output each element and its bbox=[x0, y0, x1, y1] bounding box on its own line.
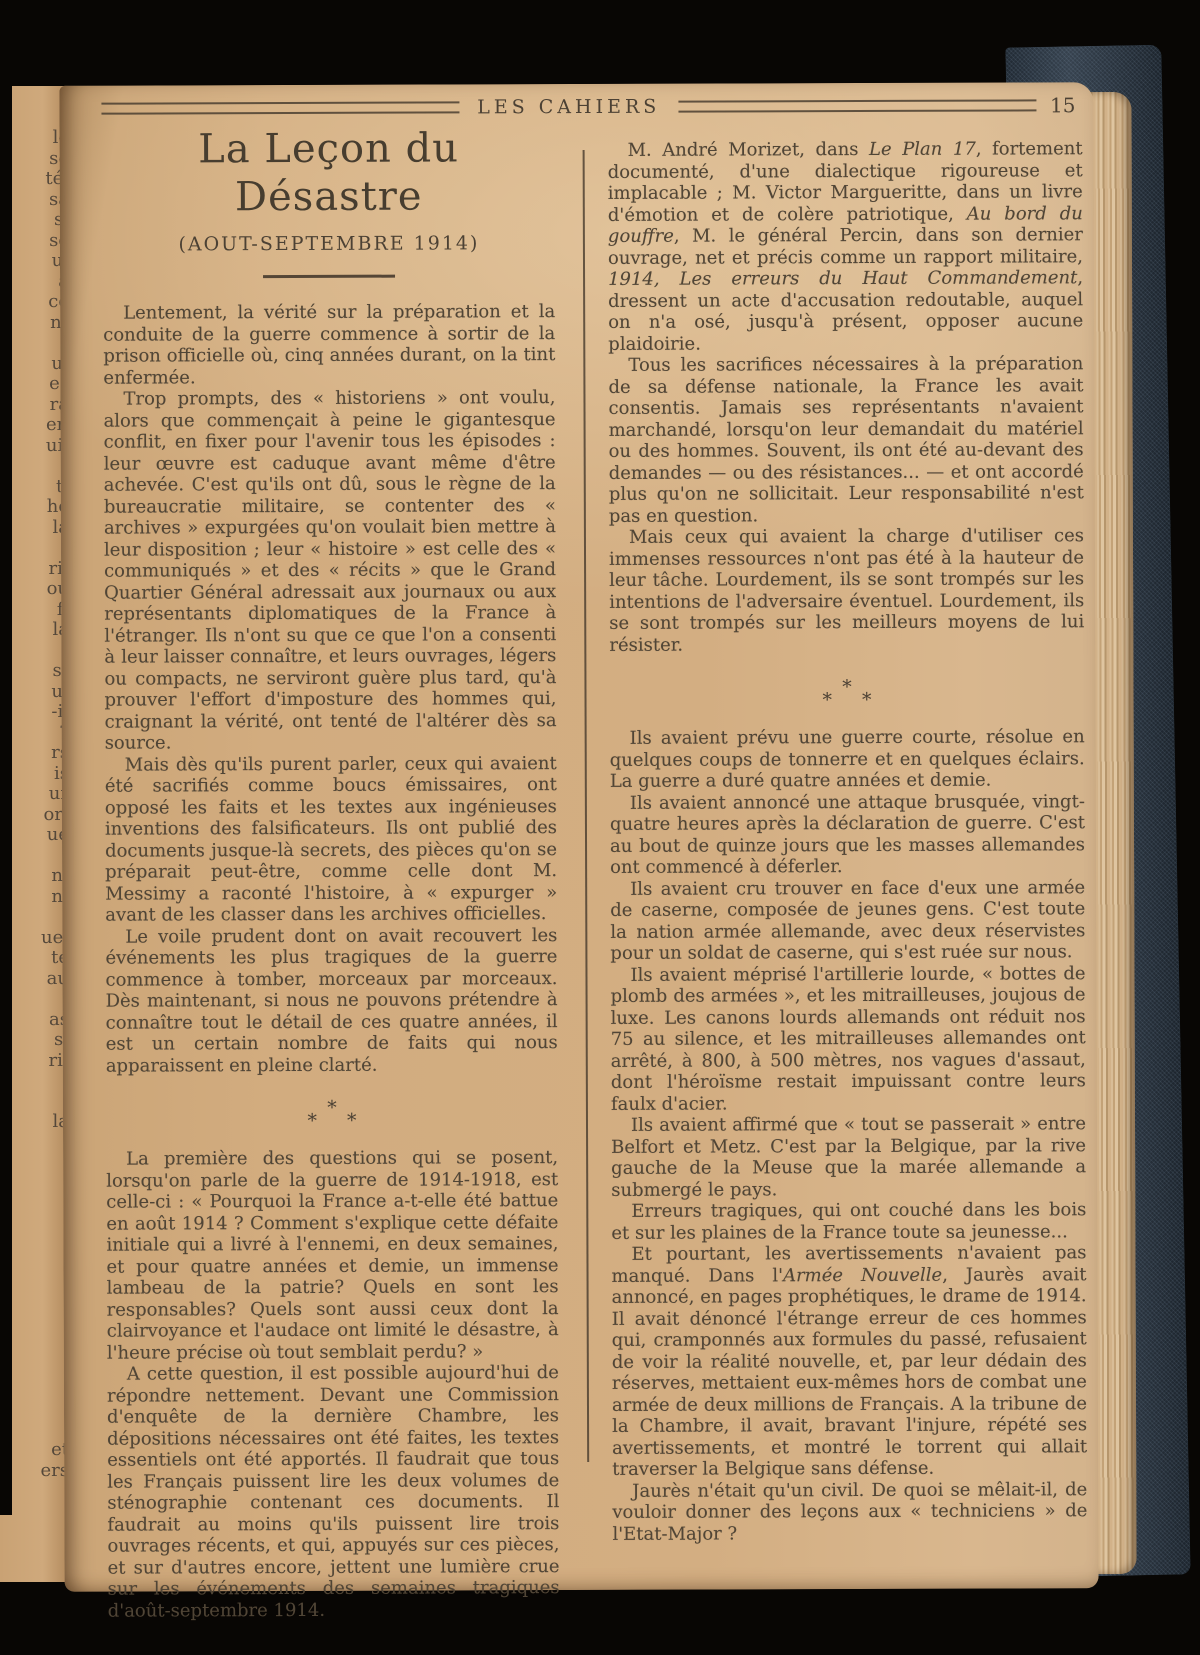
paragraph: Ils avaient cru trouver en face d'eux un… bbox=[610, 877, 1085, 965]
gutter-gap bbox=[9, 907, 69, 928]
paragraph: Jaurès n'était qu'un civil. De quoi se m… bbox=[612, 1479, 1087, 1545]
gutter-text-fragment: n- bbox=[9, 866, 69, 887]
gutter-text-fragment: u- bbox=[9, 682, 69, 703]
right-column: M. André Morizet, dans Le Plan 17, forte… bbox=[608, 138, 1088, 1545]
paragraph: Mais ceux qui avaient la charge d'utilis… bbox=[609, 525, 1084, 656]
paragraph: Mais dès qu'ils purent parler, ceux qui … bbox=[105, 753, 558, 927]
gutter-text-fragment: is bbox=[9, 764, 69, 785]
gutter-text-fragment: -il bbox=[9, 702, 69, 723]
gutter-text-fragment: st bbox=[9, 661, 69, 682]
gutter-gap bbox=[9, 1235, 69, 1256]
gutter-gap bbox=[9, 1133, 69, 1154]
paragraph: Tous les sacrifices nécessaires à la pré… bbox=[608, 353, 1084, 527]
gutter-gap bbox=[9, 1215, 69, 1236]
article-subtitle: (AOUT-SEPTEMBRE 1914) bbox=[103, 232, 555, 256]
column-divider bbox=[583, 150, 590, 1462]
paragraph: Ils avaient méprisé l'artillerie lourde,… bbox=[610, 963, 1086, 1115]
gutter-text-fragment: ou bbox=[9, 579, 69, 600]
gutter-gap bbox=[9, 846, 69, 867]
paragraph: Ils avaient annoncé une attaque brusquée… bbox=[610, 791, 1085, 879]
paragraph: La première des questions qui se posent,… bbox=[106, 1147, 559, 1364]
gutter-gap bbox=[9, 989, 69, 1010]
paragraph: Trop prompts, des « historiens » ont vou… bbox=[103, 387, 556, 754]
paragraph: Le voile prudent dont on avait recouvert… bbox=[105, 925, 558, 1077]
paragraph: A cette question, il est possible aujour… bbox=[107, 1362, 560, 1622]
gutter-text-fragment: si bbox=[9, 1030, 69, 1051]
gutter-text-fragment: ue, bbox=[9, 928, 69, 949]
gutter-gap bbox=[9, 1379, 69, 1400]
header-rule-left bbox=[101, 101, 459, 114]
asterism-divider: ** * bbox=[106, 1101, 558, 1129]
gutter-text-fragment: ers bbox=[9, 1461, 69, 1482]
page-header: LES CAHIERS 15 bbox=[101, 92, 1075, 121]
gutter-gap bbox=[9, 1256, 69, 1277]
gutter-gap bbox=[9, 1338, 69, 1359]
left-column: La Leçon du Désastre (AOUT-SEPTEMBRE 191… bbox=[103, 124, 560, 1622]
shadow-strip bbox=[0, 0, 12, 1515]
gutter-text-fragment: la bbox=[9, 620, 69, 641]
paragraph: Erreurs tragiques, qui ont couché dans l… bbox=[611, 1199, 1086, 1244]
header-rule-right bbox=[678, 99, 1036, 112]
gutter-gap bbox=[9, 1194, 69, 1215]
article-title: La Leçon du Désastre bbox=[103, 124, 555, 222]
gutter-text-fragment: rs bbox=[9, 743, 69, 764]
asterism-divider: ** * bbox=[609, 680, 1084, 708]
gutter-gap bbox=[9, 1071, 69, 1092]
right-column-text: M. André Morizet, dans Le Plan 17, forte… bbox=[608, 138, 1088, 1545]
gutter-gap bbox=[9, 1399, 69, 1420]
paragraph: Ils avaient affirmé que « tout se passer… bbox=[611, 1113, 1086, 1201]
gutter-gap bbox=[9, 1092, 69, 1113]
gutter-text-fragment: et bbox=[9, 1440, 69, 1461]
left-column-text: Lentement, la vérité sur la préparation … bbox=[103, 301, 560, 1622]
gutter-text-fragment: au bbox=[9, 969, 69, 990]
gutter-text-fragment: ri- bbox=[9, 559, 69, 580]
gutter-gap bbox=[9, 641, 69, 662]
journal-title: LES CAHIERS bbox=[459, 96, 678, 119]
page-number: 15 bbox=[1050, 93, 1076, 117]
gutter-text-fragment: te bbox=[9, 948, 69, 969]
gutter-gap bbox=[9, 1153, 69, 1174]
gutter-text-fragment: ri- bbox=[9, 1051, 69, 1072]
paragraph: Ils avaient prévu une guerre courte, rés… bbox=[610, 726, 1085, 792]
title-rule bbox=[263, 275, 395, 278]
paragraph: M. André Morizet, dans Le Plan 17, forte… bbox=[608, 138, 1084, 355]
gutter-gap bbox=[9, 1297, 69, 1318]
gutter-gap bbox=[9, 1317, 69, 1338]
gutter-text-fragment: or- bbox=[9, 805, 69, 826]
gutter-text-fragment: as bbox=[9, 1010, 69, 1031]
gutter-gap bbox=[9, 1358, 69, 1379]
gutter-gap bbox=[9, 1276, 69, 1297]
gutter-text-fragment: ue bbox=[9, 825, 69, 846]
gutter-gap bbox=[9, 1420, 69, 1441]
paragraph: Et pourtant, les avertissements n'avaien… bbox=[611, 1242, 1087, 1480]
gutter-text-fragment: n- bbox=[9, 887, 69, 908]
gutter-text-fragment: ur bbox=[9, 784, 69, 805]
gutter-text-fragment: f- bbox=[9, 600, 69, 621]
gutter-text-fragment: ? bbox=[9, 723, 69, 744]
paragraph: Lentement, la vérité sur la préparation … bbox=[103, 301, 555, 389]
page: LES CAHIERS 15 La Leçon du Désastre (AOU… bbox=[59, 82, 1098, 1592]
gutter-gap bbox=[9, 1174, 69, 1195]
book-photo: { "colors":{ "background":"#080604", "pa… bbox=[0, 0, 1200, 1655]
gutter-text-fragment: la bbox=[9, 1112, 69, 1133]
